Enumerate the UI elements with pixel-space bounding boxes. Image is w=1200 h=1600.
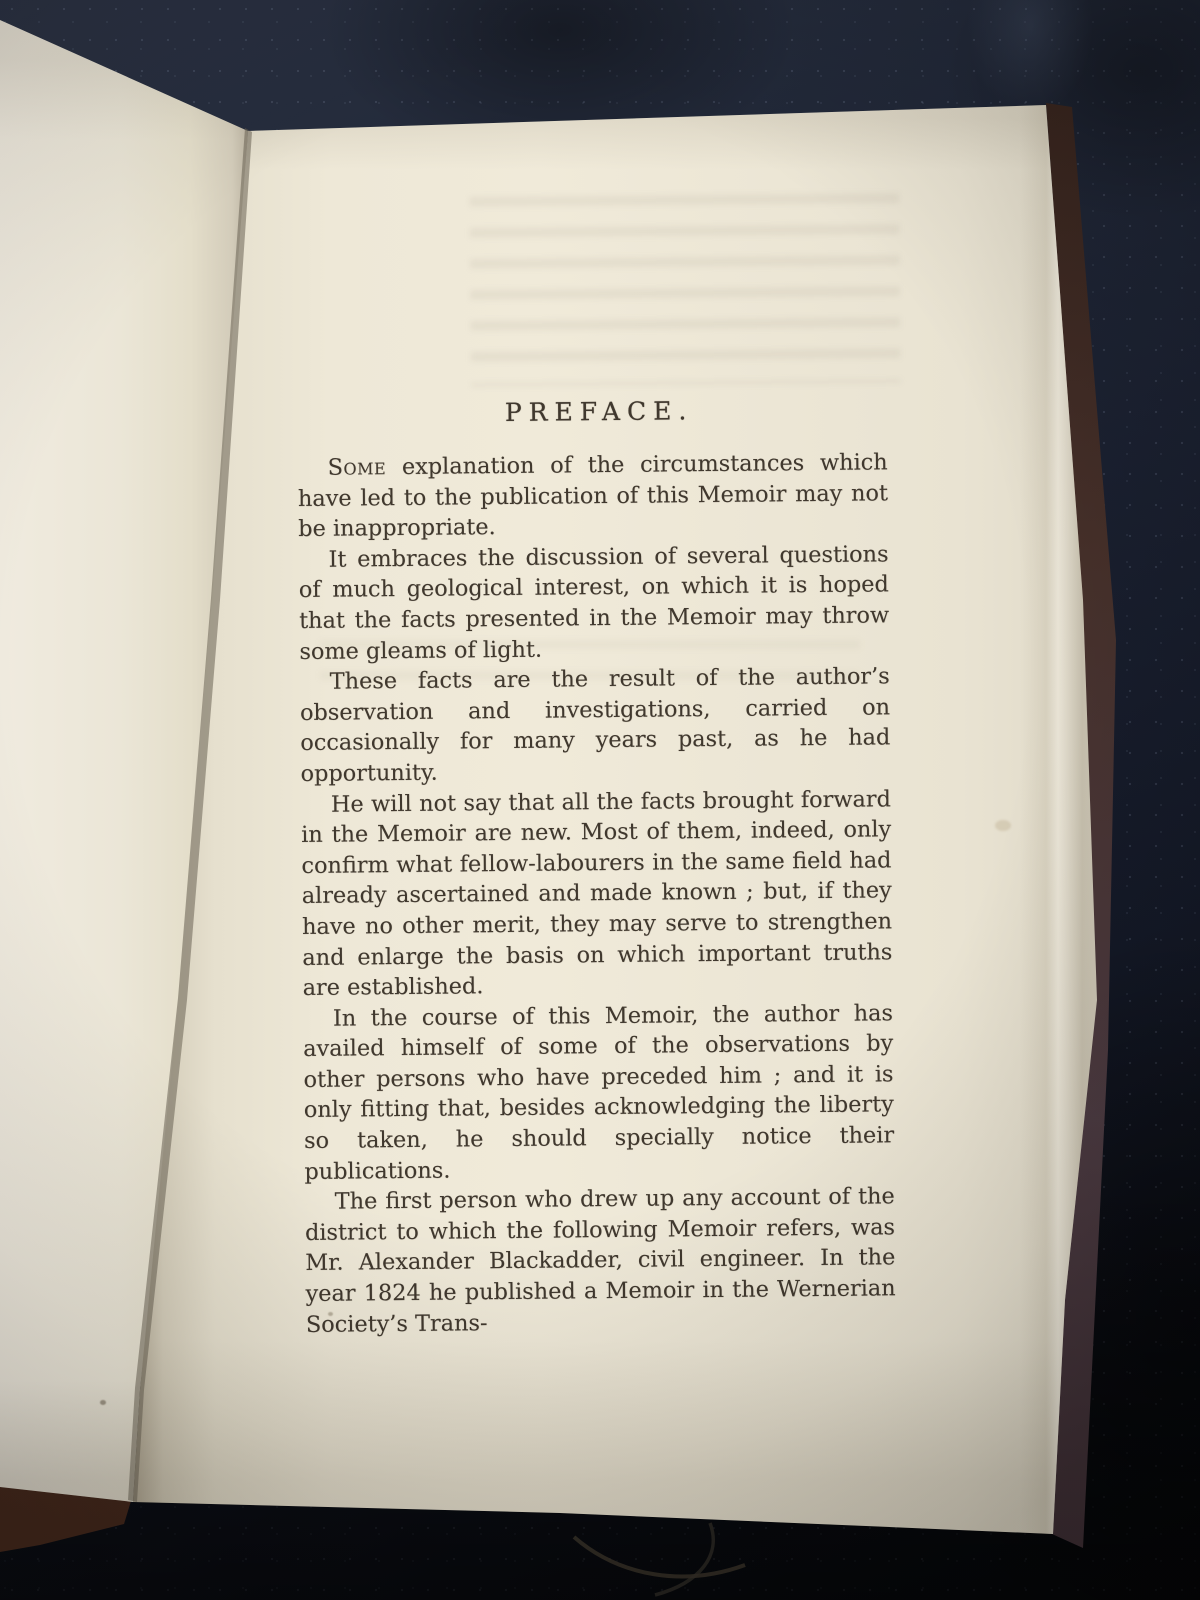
foxing-spot — [995, 820, 1011, 831]
photo-scene: PREFACE. Some explanation of the circums… — [0, 0, 1200, 1600]
preface-paragraph: He will not say that all the facts broug… — [301, 784, 893, 1004]
preface-paragraph: These facts are the result of the author… — [300, 661, 891, 789]
preface-paragraph: In the course of this Memoir, the author… — [303, 998, 895, 1187]
preface-paragraph: Some explanation of the circumstances wh… — [298, 447, 889, 544]
smallcaps-lead: Some — [328, 454, 387, 481]
preface-paragraph: It embraces the discussion of several qu… — [298, 539, 889, 667]
print-showthrough — [469, 193, 901, 387]
thread-decor — [560, 1515, 840, 1600]
page-text-block: PREFACE. Some explanation of the circums… — [297, 394, 896, 1340]
preface-heading: PREFACE. — [311, 394, 887, 429]
preface-paragraph: The first person who drew up any account… — [305, 1182, 896, 1341]
foxing-spot — [100, 1400, 106, 1405]
